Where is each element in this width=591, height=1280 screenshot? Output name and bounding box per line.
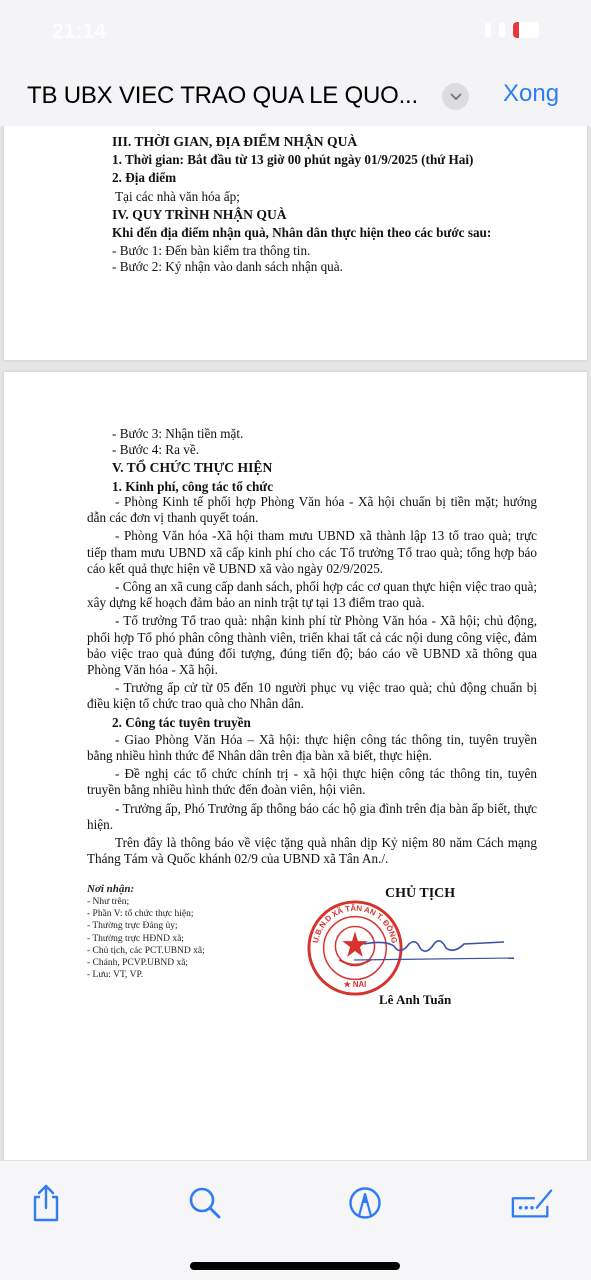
status-time: 21:14	[52, 20, 106, 44]
recipients-title: Nơi nhận:	[87, 882, 307, 896]
subsection-heading: 1. Kinh phí, công tác tổ chức	[112, 479, 542, 495]
paragraph: - Công an xã cung cấp danh sách, phối hợ…	[87, 579, 537, 611]
signature-icon	[354, 930, 514, 970]
battery-icon	[513, 22, 539, 38]
nav-bar: TB UBX VIEC TRAO QUA LE QUO... Xong	[0, 62, 591, 126]
markup-button[interactable]	[343, 1181, 387, 1225]
document-viewer[interactable]: III. THỜI GIAN, ĐỊA ĐIỂM NHẬN QUÀ 1. Thờ…	[0, 126, 591, 1160]
page-2: - Bước 3: Nhận tiền mặt. - Bước 4: Ra về…	[4, 372, 587, 1160]
paragraph: - Trưởng ấp, Phó Trưởng ấp thông báo các…	[87, 801, 537, 833]
signer-name: Lê Anh Tuấn	[379, 992, 451, 1008]
recipient-item: - Thường trực Đảng ủy;	[87, 920, 307, 932]
status-icons	[485, 22, 539, 38]
doc-line: - Bước 1: Đến bàn kiểm tra thông tin.	[112, 243, 542, 259]
section-heading: V. TỔ CHỨC THỰC HIỆN	[112, 460, 542, 476]
page-2-body: - Phòng Kinh tế phối hợp Phòng Văn hóa -…	[87, 494, 537, 867]
doc-line: 2. Địa điểm	[112, 170, 542, 186]
section-heading: III. THỜI GIAN, ĐỊA ĐIỂM NHẬN QUÀ	[112, 134, 542, 150]
signal-icon	[485, 23, 491, 37]
document-title[interactable]: TB UBX VIEC TRAO QUA LE QUO...	[27, 82, 418, 110]
recipient-item: - Chánh, PCVP.UBND xã;	[87, 957, 307, 969]
recipient-item: - Như trên;	[87, 896, 307, 908]
closing-paragraph: Trên đây là thông báo về việc tặng quà n…	[87, 835, 537, 867]
paragraph: - Phòng Văn hóa -Xã hội tham mưu UBND xã…	[87, 528, 537, 577]
search-icon	[188, 1186, 222, 1220]
page-1: III. THỜI GIAN, ĐỊA ĐIỂM NHẬN QUÀ 1. Thờ…	[4, 126, 587, 360]
doc-line: Khi đến địa điểm nhận quà, Nhân dân thực…	[112, 225, 542, 241]
recipient-item: - Lưu: VT, VP.	[87, 969, 307, 981]
done-button[interactable]: Xong	[503, 80, 559, 108]
doc-line: - Bước 4: Ra về.	[112, 442, 542, 458]
fill-sign-icon	[510, 1186, 554, 1220]
title-menu-button[interactable]	[442, 83, 469, 110]
home-indicator	[190, 1262, 400, 1270]
status-bar: 21:14	[0, 0, 591, 62]
share-button[interactable]	[24, 1181, 68, 1225]
paragraph: - Đề nghị các tổ chức chính trị - xã hội…	[87, 766, 537, 798]
svg-text:★ NAI: ★ NAI	[344, 980, 367, 989]
doc-line: Tại các nhà văn hóa ấp;	[112, 189, 542, 205]
markup-icon	[348, 1186, 382, 1220]
doc-line: - Bước 3: Nhận tiền mặt.	[112, 426, 542, 442]
recipient-item: - Chủ tịch, các PCT.UBND xã;	[87, 945, 307, 957]
recipients-block: Nơi nhận: - Như trên; - Phần V: tổ chức …	[87, 882, 307, 981]
paragraph: - Tổ trưởng Tổ trao quà: nhận kinh phí t…	[87, 613, 537, 678]
page-2-steps: - Bước 3: Nhận tiền mặt. - Bước 4: Ra về…	[112, 426, 542, 495]
recipient-item: - Thường trực HĐND xã;	[87, 933, 307, 945]
recipient-item: - Phần V: tổ chức thực hiện;	[87, 908, 307, 920]
page-1-content: III. THỜI GIAN, ĐỊA ĐIỂM NHẬN QUÀ 1. Thờ…	[112, 134, 542, 276]
section-heading: IV. QUY TRÌNH NHẬN QUÀ	[112, 207, 542, 223]
chevron-down-icon	[450, 93, 462, 101]
subsection-heading: 2. Công tác tuyên truyền	[87, 715, 537, 731]
doc-line: 1. Thời gian: Bắt đầu từ 13 giờ 00 phút …	[112, 152, 542, 168]
paragraph: - Trưởng ấp cử từ 05 đến 10 người phục v…	[87, 680, 537, 712]
share-icon	[30, 1183, 62, 1223]
paragraph: - Phòng Kinh tế phối hợp Phòng Văn hóa -…	[87, 494, 537, 526]
fill-sign-button[interactable]	[510, 1181, 554, 1225]
search-button[interactable]	[183, 1181, 227, 1225]
paragraph: - Giao Phòng Văn Hóa – Xã hội: thực hiện…	[87, 732, 537, 764]
doc-line: - Bước 2: Ký nhận vào danh sách nhận quà…	[112, 259, 542, 275]
wifi-icon	[499, 23, 505, 37]
